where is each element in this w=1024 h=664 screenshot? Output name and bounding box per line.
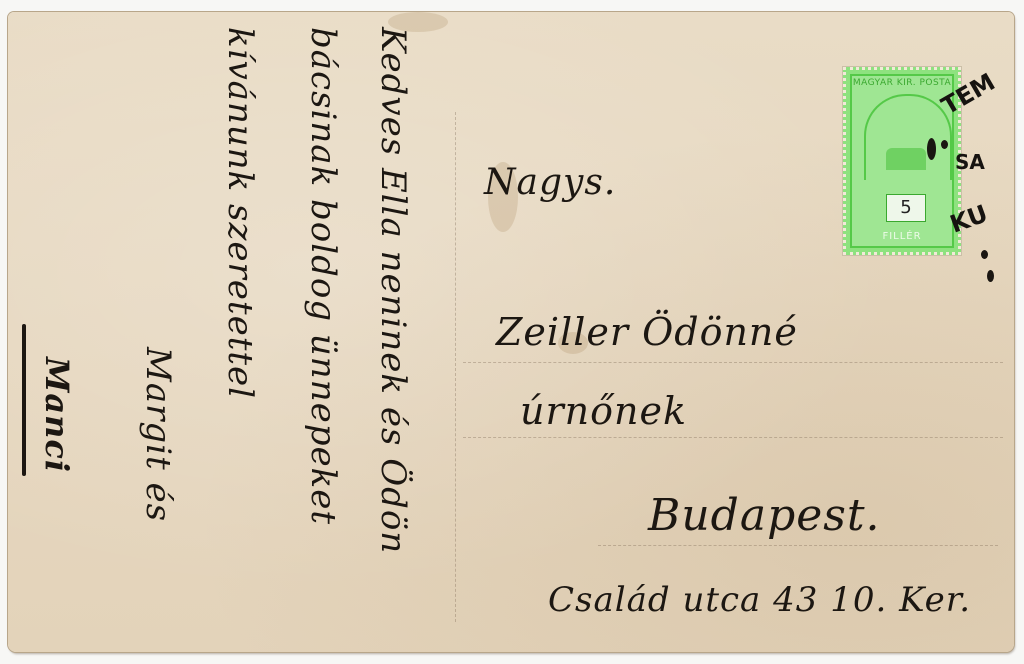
postmark-text: KU <box>946 199 991 238</box>
message-line-4: Margit és <box>138 347 178 522</box>
signature-flourish <box>22 324 26 476</box>
recipient-name: Zeiller Ödönné <box>496 310 798 354</box>
postmark-text: SA <box>955 150 985 174</box>
signature: Manci <box>38 357 76 473</box>
divider-line <box>455 112 456 622</box>
postmark: TEM SA KU <box>915 60 1015 280</box>
postmark-text: TEM <box>937 68 1000 121</box>
city: Budapest. <box>648 490 881 541</box>
message-line-1: Kedves Ella neninek és Ödön <box>373 27 413 554</box>
street-address: Család utca 43 10. Ker. <box>548 580 971 620</box>
recipient-title: úrnőnek <box>520 389 687 433</box>
postmark-dot <box>987 270 994 282</box>
message-line-3: kívánunk szeretettel <box>220 27 260 399</box>
salutation: Nagys. <box>484 162 616 203</box>
postmark-dot <box>927 138 936 160</box>
address-rule <box>463 437 1003 438</box>
address-rule <box>598 545 998 546</box>
postmark-dot <box>941 140 948 149</box>
message-line-2: bácsinak boldog ünnepeket <box>303 27 343 525</box>
address-rule <box>463 362 1003 363</box>
postmark-dot <box>981 250 988 259</box>
